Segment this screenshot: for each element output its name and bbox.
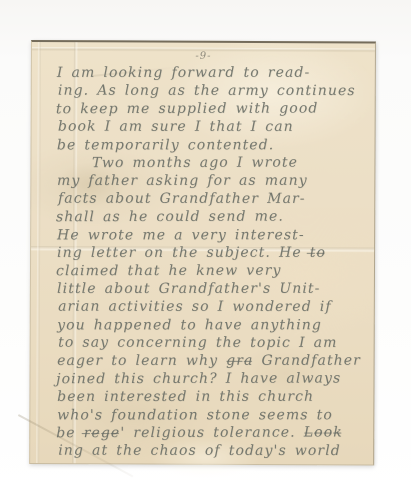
letter-line: be r̶e̶g̶e̶' religious tolerance. L̶o̶o̶… xyxy=(56,423,368,442)
letter-line: He wrote me a very interest- xyxy=(57,226,369,244)
letter-line: claimed that he knew very xyxy=(56,261,368,280)
letter-line: ing. As long as the army continues xyxy=(58,82,370,100)
letter-line: who's foundation stone seems to xyxy=(57,406,369,424)
letter-line: Two months ago I wrote xyxy=(56,153,368,172)
letter-line: you happened to have anything xyxy=(57,316,369,334)
letter-line: book I am sure I that I can xyxy=(58,118,370,136)
letter-line: arian activities so I wondered if xyxy=(58,298,370,316)
letter-line: to keep me supplied with good xyxy=(56,99,368,118)
letter-line: ing at the chaos of today's world xyxy=(58,442,370,460)
letter-line: shall as he could send me. xyxy=(56,207,368,226)
letter-line: I am looking forward to read- xyxy=(57,64,369,82)
letter-line: my father asking for as many xyxy=(57,172,369,190)
letter-line: facts about Grandfather Mar- xyxy=(58,190,370,208)
scanned-photo-background: -9- I am looking forward to read-ing. As… xyxy=(0,0,411,500)
letter-line: ing letter on the subject. He t̶o̶ xyxy=(57,244,369,262)
fold-crease-left-edge xyxy=(36,42,41,463)
page-number: -9- xyxy=(32,50,375,62)
letter-line: to say concerning the topic I am xyxy=(58,334,370,352)
letter-line: be temporarily contented. xyxy=(57,136,369,154)
letter-line: been interested in this church xyxy=(57,388,369,406)
letter-line: eager to learn why g̶r̶a̶ Grandfather xyxy=(57,352,369,370)
letter-line: joined this church? I have always xyxy=(56,369,368,388)
letter-body: I am looking forward to read-ing. As lon… xyxy=(57,64,369,460)
letter-line: little about Grandfather's Unit- xyxy=(57,280,369,298)
letter-page: -9- I am looking forward to read-ing. As… xyxy=(29,40,376,466)
